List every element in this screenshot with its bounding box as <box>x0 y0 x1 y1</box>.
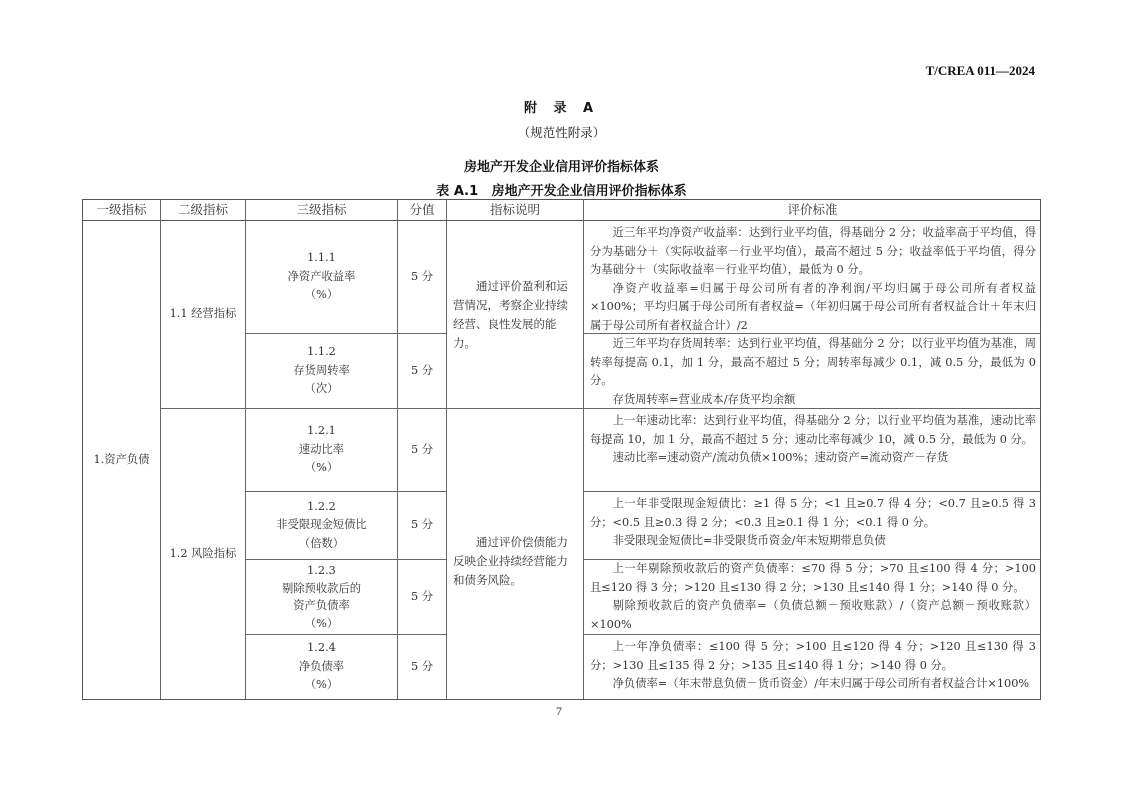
column-header-level1: 一级指标 <box>83 200 161 221</box>
column-header-criteria: 评价标准 <box>584 200 1041 221</box>
level3-indicator-inventory-turnover: 1.1.2 存货周转率 （次） <box>246 334 398 409</box>
description-operating: 通过评价盈利和运营情况，考察企业持续经营、良性发展的能力。 <box>447 221 584 409</box>
criteria-cash-short-debt-ratio: 上一年非受限现金短债比：≥1 得 5 分；<1 且≥0.7 得 4 分；<0.7… <box>584 492 1041 560</box>
criteria-quick-ratio: 上一年速动比率：达到行业平均值，得基础分 2 分；以行业平均值为基准，速动比率每… <box>584 409 1041 492</box>
level3-indicator-quick-ratio: 1.2.1 速动比率 （%） <box>246 409 398 492</box>
level2-indicator-risk: 1.2 风险指标 <box>161 409 246 699</box>
indicator-table: 一级指标 二级指标 三级指标 分值 指标说明 评价标准 1.资产负债 1.1 经… <box>82 199 1041 700</box>
criteria-inventory-turnover: 近三年平均存货周转率：达到行业平均值，得基础分 2 分；以行业平均值为基准，周转… <box>584 334 1041 409</box>
appendix-heading: 附 录 A <box>0 97 1123 116</box>
score-net-debt-ratio: 5 分 <box>398 635 447 699</box>
description-risk: 通过评价偿债能力反映企业持续经营能力和债务风险。 <box>447 409 584 699</box>
column-header-description: 指标说明 <box>447 200 584 221</box>
normative-label: （规范性附录） <box>0 123 1123 141</box>
score-inventory-turnover: 5 分 <box>398 334 447 409</box>
score-roe: 5 分 <box>398 221 447 334</box>
level1-indicator: 1.资产负债 <box>83 221 161 699</box>
criteria-net-debt-ratio: 上一年净负债率：≤100 得 5 分；>100 且≤120 得 4 分；>120… <box>584 635 1041 699</box>
document-code: T/CREA 011—2024 <box>926 63 1035 79</box>
level3-indicator-cash-short-debt-ratio: 1.2.2 非受限现金短债比 （倍数） <box>246 492 398 560</box>
criteria-roe: 近三年平均净资产收益率：达到行业平均值，得基础分 2 分；收益率高于平均值，得分… <box>584 221 1041 334</box>
column-header-level3: 三级指标 <box>246 200 398 221</box>
level2-indicator-operating: 1.1 经营指标 <box>161 221 246 409</box>
level3-indicator-net-debt-ratio: 1.2.4 净负债率 （%） <box>246 635 398 699</box>
section-title: 房地产开发企业信用评价指标体系 <box>0 156 1123 175</box>
column-header-score: 分值 <box>398 200 447 221</box>
page-number: 7 <box>556 704 562 719</box>
score-cash-short-debt-ratio: 5 分 <box>398 492 447 560</box>
level3-indicator-roe: 1.1.1 净资产收益率 （%） <box>246 221 398 334</box>
score-quick-ratio: 5 分 <box>398 409 447 492</box>
score-adjusted-debt-ratio: 5 分 <box>398 560 447 635</box>
column-header-level2: 二级指标 <box>161 200 246 221</box>
criteria-adjusted-debt-ratio: 上一年剔除预收款后的资产负债率：≤70 得 5 分；>70 且≤100 得 4 … <box>584 560 1041 635</box>
table-caption: 表 A.1 房地产开发企业信用评价指标体系 <box>0 180 1123 199</box>
level3-indicator-adjusted-debt-ratio: 1.2.3 剔除预收款后的 资产负债率 （%） <box>246 560 398 635</box>
